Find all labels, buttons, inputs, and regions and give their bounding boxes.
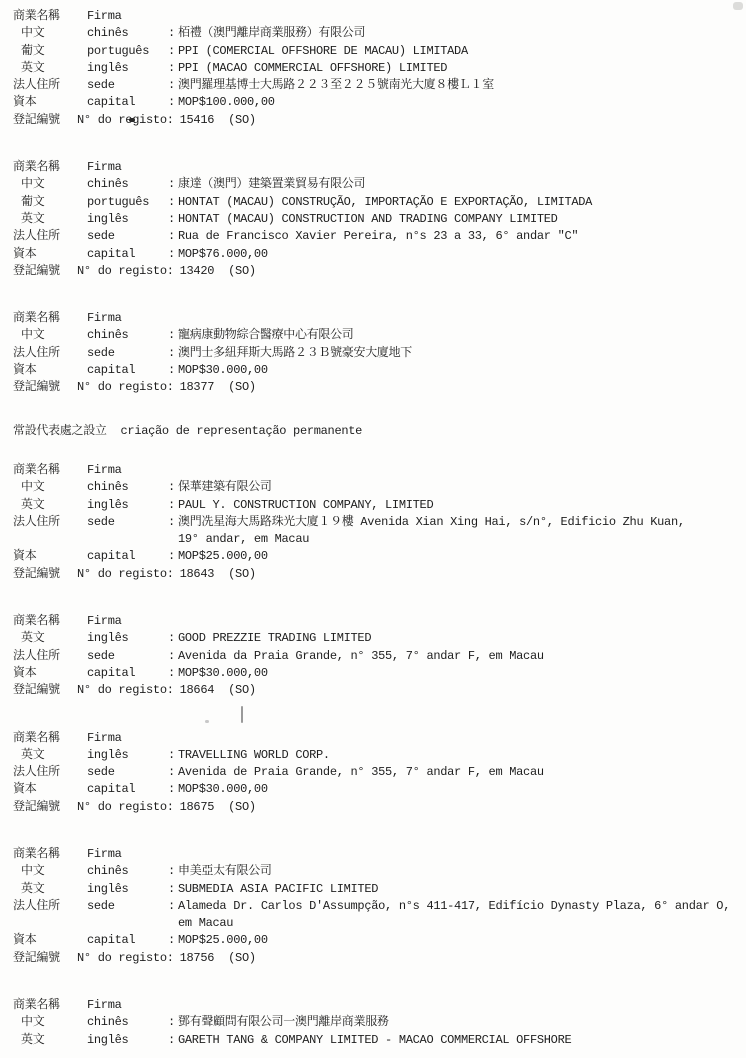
- field-value: MOP$100.000,00: [178, 94, 746, 111]
- label-zh: 登記編號: [13, 263, 77, 280]
- entry-registo-row: 登記編號 N° do registo: 18756 (SO): [13, 950, 746, 967]
- field-value: MOP$76.000,00: [178, 246, 746, 263]
- colon: :: [168, 194, 178, 211]
- entry-field-row: 英文 inglês : SUBMEDIA ASIA PACIFIC LIMITE…: [13, 881, 746, 898]
- field-value: MOP$30.000,00: [178, 781, 746, 798]
- field-value-line: 康達（澳門）建築置業貿易有限公司: [178, 176, 746, 193]
- entry-field-row: 中文 chinês : 鄧有聲顧問有限公司一澳門離岸商業服務: [13, 1014, 746, 1031]
- entry-field-row: 中文 chinês : 寵病康動物綜合醫療中心有限公司: [13, 327, 746, 344]
- entry-registo-row: 登記編號 N° do registo: 18643 (SO): [13, 566, 746, 583]
- label-pt: inglês: [87, 60, 168, 77]
- entry-field-row: 法人住所 sede : 澳門士多紐拜斯大馬路２３Ｂ號豪安大廈地下: [13, 345, 746, 362]
- label-zh: 資本: [13, 548, 87, 565]
- label-zh: 英文: [13, 747, 87, 764]
- entry-field-row: 資本 capital : MOP$30.000,00: [13, 781, 746, 798]
- entry-field-row: 法人住所 sede : 澳門羅理基博士大馬路２２３至２２５號南光大廈８樓Ｌ１室: [13, 77, 746, 94]
- colon: :: [168, 648, 178, 665]
- entry-field-row: 資本 capital : MOP$30.000,00: [13, 665, 746, 682]
- entry-field-row: 英文 inglês : TRAVELLING WORLD CORP.: [13, 747, 746, 764]
- label-zh: 葡文: [13, 194, 87, 211]
- registo-number: 15416: [180, 112, 215, 129]
- registry-entry: 商業名稱 Firma 中文 chinês : 寵病康動物綜合醫療中心有限公司 法…: [13, 310, 746, 396]
- colon: :: [168, 479, 178, 496]
- label-pt: chinês: [87, 479, 168, 496]
- field-value-line: MOP$25.000,00: [178, 548, 746, 565]
- label-pt: Firma: [87, 8, 168, 25]
- label-zh: 資本: [13, 781, 87, 798]
- label-zh: 商業名稱: [13, 997, 87, 1014]
- field-value-line: MOP$30.000,00: [178, 781, 746, 798]
- field-value-line: 澳門羅理基博士大馬路２２３至２２５號南光大廈８樓Ｌ１室: [178, 77, 746, 94]
- colon: :: [168, 747, 178, 764]
- label-zh: 法人住所: [13, 228, 87, 245]
- label-zh: 商業名稱: [13, 613, 87, 630]
- label-pt: chinês: [87, 25, 168, 42]
- label-zh: 英文: [13, 60, 87, 77]
- section-divider-zh: 常設代表處之設立: [13, 424, 107, 438]
- field-value: 澳門冼星海大馬路珠光大廈１９樓 Avenida Xian Xing Hai, s…: [178, 514, 746, 549]
- colon: :: [168, 77, 178, 94]
- label-zh: 商業名稱: [13, 462, 87, 479]
- registo-number: 18756: [180, 950, 215, 967]
- label-zh: 登記編號: [13, 379, 77, 396]
- field-value: 澳門士多紐拜斯大馬路２３Ｂ號豪安大廈地下: [178, 345, 746, 362]
- label-zh: 商業名稱: [13, 730, 87, 747]
- label-zh: 登記編號: [13, 950, 77, 967]
- field-value-line: GOOD PREZZIE TRADING LIMITED: [178, 630, 746, 647]
- field-value: 康達（澳門）建築置業貿易有限公司: [178, 176, 746, 193]
- field-value-line: PPI (COMERCIAL OFFSHORE DE MACAU) LIMITA…: [178, 43, 746, 60]
- label-zh: 商業名稱: [13, 846, 87, 863]
- label-zh: 資本: [13, 362, 87, 379]
- label-zh: 商業名稱: [13, 8, 87, 25]
- field-value-line: GARETH TANG & COMPANY LIMITED - MACAO CO…: [178, 1032, 746, 1049]
- label-zh: 法人住所: [13, 77, 87, 94]
- colon: :: [168, 1032, 178, 1049]
- label-pt: N° do registo:: [77, 263, 174, 280]
- registo-number: 13420: [180, 263, 215, 280]
- label-zh: 登記編號: [13, 566, 77, 583]
- colon: :: [168, 327, 178, 344]
- entry-firma-row: 商業名稱 Firma: [13, 462, 746, 479]
- field-value-line: 栢禮（澳門離岸商業服務）有限公司: [178, 25, 746, 42]
- label-pt: inglês: [87, 211, 168, 228]
- colon: :: [168, 246, 178, 263]
- entry-field-row: 英文 inglês : HONTAT (MACAU) CONSTRUCTION …: [13, 211, 746, 228]
- field-value: TRAVELLING WORLD CORP.: [178, 747, 746, 764]
- label-pt: Firma: [87, 846, 168, 863]
- entry-field-row: 葡文 português : PPI (COMERCIAL OFFSHORE D…: [13, 43, 746, 60]
- label-zh: 資本: [13, 665, 87, 682]
- registo-suffix: (SO): [228, 950, 256, 967]
- label-zh: 英文: [13, 1032, 87, 1049]
- colon: :: [168, 548, 178, 565]
- colon: :: [168, 228, 178, 245]
- label-pt: sede: [87, 228, 168, 245]
- field-value: 澳門羅理基博士大馬路２２３至２２５號南光大廈８樓Ｌ１室: [178, 77, 746, 94]
- colon: :: [168, 665, 178, 682]
- label-pt: Firma: [87, 613, 168, 630]
- entry-firma-row: 商業名稱 Firma: [13, 997, 746, 1014]
- field-value: Alameda Dr. Carlos D'Assumpção, n°s 411-…: [178, 898, 746, 933]
- scan-smudge-artifact: [733, 2, 743, 10]
- field-value: HONTAT (MACAU) CONSTRUCTION AND TRADING …: [178, 211, 746, 228]
- label-zh: 法人住所: [13, 514, 87, 531]
- field-value-line: Avenida de Praia Grande, n° 355, 7° anda…: [178, 764, 746, 781]
- registo-number: 18675: [180, 799, 215, 816]
- label-pt: chinês: [87, 176, 168, 193]
- colon: :: [168, 176, 178, 193]
- colon: :: [168, 362, 178, 379]
- label-zh: 中文: [13, 1014, 87, 1031]
- label-zh: 中文: [13, 863, 87, 880]
- scan-line-artifact: [241, 706, 243, 723]
- label-pt: capital: [87, 94, 168, 111]
- field-value: GARETH TANG & COMPANY LIMITED - MACAO CO…: [178, 1032, 746, 1049]
- label-pt: chinês: [87, 327, 168, 344]
- field-value: Rua de Francisco Xavier Pereira, n°s 23 …: [178, 228, 746, 245]
- entry-field-row: 中文 chinês : 申美亞太有限公司: [13, 863, 746, 880]
- colon: :: [168, 345, 178, 362]
- label-zh: 登記編號: [13, 112, 77, 129]
- entry-field-row: 中文 chinês : 康達（澳門）建築置業貿易有限公司: [13, 176, 746, 193]
- label-pt: Firma: [87, 997, 168, 1014]
- registo-suffix: (SO): [228, 379, 256, 396]
- entry-firma-row: 商業名稱 Firma: [13, 730, 746, 747]
- label-pt: inglês: [87, 881, 168, 898]
- label-zh: 登記編號: [13, 799, 77, 816]
- field-value: MOP$30.000,00: [178, 362, 746, 379]
- label-zh: 商業名稱: [13, 159, 87, 176]
- label-pt: sede: [87, 77, 168, 94]
- label-pt: Firma: [87, 159, 168, 176]
- registo-suffix: (SO): [228, 263, 256, 280]
- label-pt: inglês: [87, 747, 168, 764]
- label-zh: 登記編號: [13, 682, 77, 699]
- field-value-line: 澳門冼星海大馬路珠光大廈１９樓 Avenida Xian Xing Hai, s…: [178, 514, 746, 531]
- colon: :: [168, 898, 178, 915]
- colon: :: [168, 764, 178, 781]
- label-pt: sede: [87, 648, 168, 665]
- field-value: 栢禮（澳門離岸商業服務）有限公司: [178, 25, 746, 42]
- colon: :: [168, 881, 178, 898]
- document-content: 商業名稱 Firma 中文 chinês : 栢禮（澳門離岸商業服務）有限公司 …: [13, 8, 746, 1049]
- field-value: PAUL Y. CONSTRUCTION COMPANY, LIMITED: [178, 497, 746, 514]
- field-value: MOP$25.000,00: [178, 548, 746, 565]
- entry-field-row: 資本 capital : MOP$25.000,00: [13, 932, 746, 949]
- gazette-scan-page: 商業名稱 Firma 中文 chinês : 栢禮（澳門離岸商業服務）有限公司 …: [0, 0, 746, 1058]
- field-value-line: 19° andar, em Macau: [178, 531, 746, 548]
- label-pt: N° do registo:: [77, 379, 174, 396]
- colon: :: [168, 60, 178, 77]
- field-value: MOP$25.000,00: [178, 932, 746, 949]
- entry-field-row: 英文 inglês : PPI (MACAO COMMERCIAL OFFSHO…: [13, 60, 746, 77]
- label-zh: 中文: [13, 176, 87, 193]
- entry-registo-row: 登記編號 N° do registo: 15416 (SO): [13, 112, 746, 129]
- colon: :: [168, 1014, 178, 1031]
- field-value-line: MOP$100.000,00: [178, 94, 746, 111]
- field-value: 保華建築有限公司: [178, 479, 746, 496]
- section-divider: 常設代表處之設立 criação de representação perman…: [13, 423, 746, 440]
- label-zh: 資本: [13, 246, 87, 263]
- field-value: MOP$30.000,00: [178, 665, 746, 682]
- label-zh: 英文: [13, 211, 87, 228]
- field-value-line: 保華建築有限公司: [178, 479, 746, 496]
- label-pt: Firma: [87, 310, 168, 327]
- registry-entry: 商業名稱 Firma 英文 inglês : TRAVELLING WORLD …: [13, 730, 746, 816]
- colon: :: [168, 43, 178, 60]
- entry-firma-row: 商業名稱 Firma: [13, 159, 746, 176]
- label-pt: Firma: [87, 462, 168, 479]
- entry-registo-row: 登記編號 N° do registo: 13420 (SO): [13, 263, 746, 280]
- label-zh: 中文: [13, 25, 87, 42]
- entry-field-row: 英文 inglês : PAUL Y. CONSTRUCTION COMPANY…: [13, 497, 746, 514]
- registo-suffix: (SO): [228, 799, 256, 816]
- colon: :: [168, 630, 178, 647]
- label-pt: N° do registo:: [77, 682, 174, 699]
- entry-registo-row: 登記編號 N° do registo: 18675 (SO): [13, 799, 746, 816]
- colon: :: [168, 497, 178, 514]
- registo-suffix: (SO): [228, 112, 256, 129]
- label-pt: capital: [87, 932, 168, 949]
- entry-firma-row: 商業名稱 Firma: [13, 613, 746, 630]
- registo-suffix: (SO): [228, 682, 256, 699]
- entry-field-row: 法人住所 sede : Avenida da Praia Grande, n° …: [13, 648, 746, 665]
- label-pt: inglês: [87, 497, 168, 514]
- label-zh: 英文: [13, 881, 87, 898]
- registry-entry: 商業名稱 Firma 中文 chinês : 保華建築有限公司 英文 inglê…: [13, 462, 746, 583]
- field-value: 鄧有聲顧問有限公司一澳門離岸商業服務: [178, 1014, 746, 1031]
- entry-field-row: 資本 capital : MOP$100.000,00: [13, 94, 746, 111]
- label-pt: capital: [87, 548, 168, 565]
- label-zh: 法人住所: [13, 764, 87, 781]
- label-pt: chinês: [87, 863, 168, 880]
- label-pt: chinês: [87, 1014, 168, 1031]
- label-pt: inglês: [87, 1032, 168, 1049]
- registry-entry: 商業名稱 Firma 中文 chinês : 申美亞太有限公司 英文 inglê…: [13, 846, 746, 967]
- field-value: HONTAT (MACAU) CONSTRUÇÃO, IMPORTAÇÃO E …: [178, 194, 746, 211]
- field-value-line: SUBMEDIA ASIA PACIFIC LIMITED: [178, 881, 746, 898]
- registry-entry: 商業名稱 Firma 中文 chinês : 康達（澳門）建築置業貿易有限公司 …: [13, 159, 746, 280]
- field-value-line: MOP$30.000,00: [178, 362, 746, 379]
- label-zh: 中文: [13, 327, 87, 344]
- field-value-line: 鄧有聲顧問有限公司一澳門離岸商業服務: [178, 1014, 746, 1031]
- colon: :: [168, 94, 178, 111]
- label-zh: 資本: [13, 94, 87, 111]
- field-value-line: 澳門士多紐拜斯大馬路２３Ｂ號豪安大廈地下: [178, 345, 746, 362]
- field-value-line: Avenida da Praia Grande, n° 355, 7° anda…: [178, 648, 746, 665]
- label-pt: sede: [87, 345, 168, 362]
- label-pt: inglês: [87, 630, 168, 647]
- label-pt: N° do registo:: [77, 950, 174, 967]
- field-value-line: MOP$25.000,00: [178, 932, 746, 949]
- entry-field-row: 法人住所 sede : Avenida de Praia Grande, n° …: [13, 764, 746, 781]
- colon: :: [168, 863, 178, 880]
- entry-field-row: 資本 capital : MOP$25.000,00: [13, 548, 746, 565]
- field-value-line: MOP$30.000,00: [178, 665, 746, 682]
- label-zh: 資本: [13, 932, 87, 949]
- label-pt: sede: [87, 898, 168, 915]
- field-value-line: TRAVELLING WORLD CORP.: [178, 747, 746, 764]
- entry-firma-row: 商業名稱 Firma: [13, 846, 746, 863]
- colon: :: [168, 211, 178, 228]
- colon: :: [168, 781, 178, 798]
- field-value: SUBMEDIA ASIA PACIFIC LIMITED: [178, 881, 746, 898]
- field-value-line: HONTAT (MACAU) CONSTRUCTION AND TRADING …: [178, 211, 746, 228]
- colon: :: [168, 514, 178, 531]
- label-pt: N° do registo:: [77, 112, 174, 129]
- entry-field-row: 中文 chinês : 栢禮（澳門離岸商業服務）有限公司: [13, 25, 746, 42]
- label-zh: 英文: [13, 630, 87, 647]
- field-value: PPI (MACAO COMMERCIAL OFFSHORE) LIMITED: [178, 60, 746, 77]
- registo-number: 18643: [180, 566, 215, 583]
- field-value: PPI (COMERCIAL OFFSHORE DE MACAU) LIMITA…: [178, 43, 746, 60]
- entry-field-row: 法人住所 sede : Rua de Francisco Xavier Pere…: [13, 228, 746, 245]
- field-value: 寵病康動物綜合醫療中心有限公司: [178, 327, 746, 344]
- label-zh: 法人住所: [13, 345, 87, 362]
- registry-entry: 商業名稱 Firma 中文 chinês : 栢禮（澳門離岸商業服務）有限公司 …: [13, 8, 746, 129]
- field-value: Avenida da Praia Grande, n° 355, 7° anda…: [178, 648, 746, 665]
- scan-speck-artifact: [205, 720, 209, 723]
- field-value-line: PPI (MACAO COMMERCIAL OFFSHORE) LIMITED: [178, 60, 746, 77]
- field-value-line: Alameda Dr. Carlos D'Assumpção, n°s 411-…: [178, 898, 746, 915]
- label-pt: sede: [87, 514, 168, 531]
- field-value: Avenida de Praia Grande, n° 355, 7° anda…: [178, 764, 746, 781]
- entry-field-row: 資本 capital : MOP$76.000,00: [13, 246, 746, 263]
- label-zh: 法人住所: [13, 648, 87, 665]
- field-value-line: Rua de Francisco Xavier Pereira, n°s 23 …: [178, 228, 746, 245]
- scan-speck-artifact: [129, 118, 135, 122]
- label-zh: 英文: [13, 497, 87, 514]
- label-pt: capital: [87, 362, 168, 379]
- colon: :: [168, 25, 178, 42]
- entry-firma-row: 商業名稱 Firma: [13, 8, 746, 25]
- label-pt: N° do registo:: [77, 566, 174, 583]
- entry-field-row: 法人住所 sede : 澳門冼星海大馬路珠光大廈１９樓 Avenida Xian…: [13, 514, 746, 549]
- label-zh: 中文: [13, 479, 87, 496]
- entry-field-row: 資本 capital : MOP$30.000,00: [13, 362, 746, 379]
- field-value-line: MOP$76.000,00: [178, 246, 746, 263]
- entry-field-row: 中文 chinês : 保華建築有限公司: [13, 479, 746, 496]
- section-divider-pt: criação de representação permanente: [121, 424, 363, 438]
- label-pt: capital: [87, 246, 168, 263]
- entry-field-row: 英文 inglês : GARETH TANG & COMPANY LIMITE…: [13, 1032, 746, 1049]
- label-pt: português: [87, 43, 168, 60]
- label-pt: capital: [87, 665, 168, 682]
- entry-firma-row: 商業名稱 Firma: [13, 310, 746, 327]
- registo-suffix: (SO): [228, 566, 256, 583]
- entry-registo-row: 登記編號 N° do registo: 18377 (SO): [13, 379, 746, 396]
- label-pt: sede: [87, 764, 168, 781]
- registo-number: 18377: [180, 379, 215, 396]
- entry-registo-row: 登記編號 N° do registo: 18664 (SO): [13, 682, 746, 699]
- registry-entry: 商業名稱 Firma 英文 inglês : GOOD PREZZIE TRAD…: [13, 613, 746, 699]
- label-pt: N° do registo:: [77, 799, 174, 816]
- field-value: 申美亞太有限公司: [178, 863, 746, 880]
- field-value-line: HONTAT (MACAU) CONSTRUÇÃO, IMPORTAÇÃO E …: [178, 194, 746, 211]
- registo-number: 18664: [180, 682, 215, 699]
- entry-field-row: 英文 inglês : GOOD PREZZIE TRADING LIMITED: [13, 630, 746, 647]
- field-value-line: em Macau: [178, 915, 746, 932]
- label-pt: português: [87, 194, 168, 211]
- field-value-line: PAUL Y. CONSTRUCTION COMPANY, LIMITED: [178, 497, 746, 514]
- field-value-line: 寵病康動物綜合醫療中心有限公司: [178, 327, 746, 344]
- label-zh: 法人住所: [13, 898, 87, 915]
- registry-entry: 商業名稱 Firma 中文 chinês : 鄧有聲顧問有限公司一澳門離岸商業服…: [13, 997, 746, 1049]
- field-value: GOOD PREZZIE TRADING LIMITED: [178, 630, 746, 647]
- colon: :: [168, 932, 178, 949]
- entry-field-row: 葡文 português : HONTAT (MACAU) CONSTRUÇÃO…: [13, 194, 746, 211]
- label-pt: Firma: [87, 730, 168, 747]
- label-zh: 葡文: [13, 43, 87, 60]
- label-pt: capital: [87, 781, 168, 798]
- entry-field-row: 法人住所 sede : Alameda Dr. Carlos D'Assumpç…: [13, 898, 746, 933]
- label-zh: 商業名稱: [13, 310, 87, 327]
- field-value-line: 申美亞太有限公司: [178, 863, 746, 880]
